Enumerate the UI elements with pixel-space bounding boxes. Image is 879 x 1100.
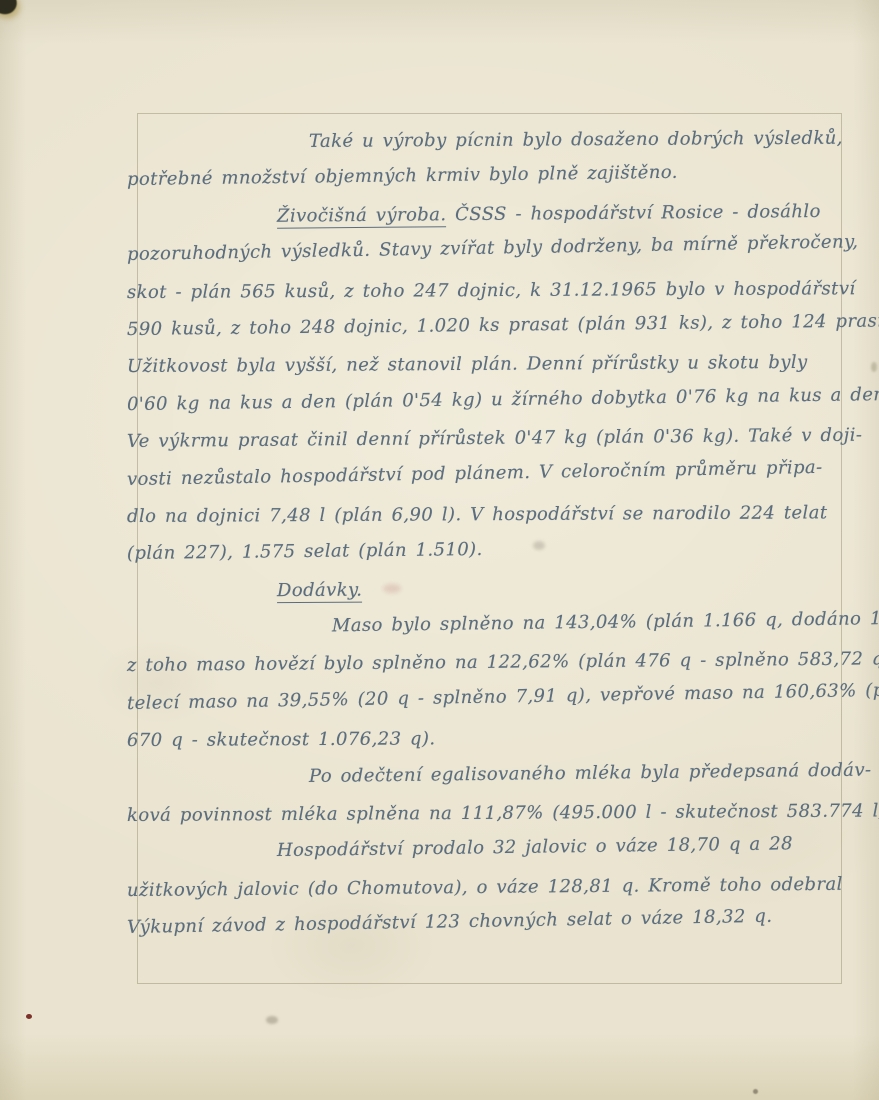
line-text: 670 q - skutečnost 1.076,23 q). [127,729,436,752]
red-ink-dot [26,1014,32,1019]
line-text: ČSSS - hospodářství Rosice - dosáhlo [446,201,821,225]
line-text: 0'60 kg na kus a den (plán 0'54 kg) u ží… [127,384,879,415]
line-text: Také u výroby pícnin bylo dosaženo dobrý… [309,128,843,152]
line-text: Po odečtení egalisovaného mléka byla pře… [309,759,872,786]
line-text: vosti nezůstalo hospodářství pod plánem.… [127,456,823,489]
line-text: skot - plán 565 kusů, z toho 247 dojnic,… [127,278,856,303]
line-text: ková povinnost mléka splněna na 111,87% … [127,800,879,826]
line-text: z toho maso hovězí bylo splněno na 122,6… [127,649,879,677]
handwritten-line: (plán 227), 1.575 selat (plán 1.510). [127,527,867,573]
line-text: užitkových jalovic (do Chomutova), o váz… [127,874,843,901]
underlined-heading: Dodávky. [277,579,362,603]
handwritten-line: Po odečtení egalisovaného mléka byla pře… [127,751,867,797]
line-text: telecí maso na 39,55% (20 q - splněno 7,… [127,679,879,714]
line-text: (plán 227), 1.575 selat (plán 1.510). [127,539,483,564]
scanned-page: Také u výroby pícnin bylo dosaženo dobrý… [0,0,879,1100]
line-text: Maso bylo splněno na 143,04% (plán 1.166… [332,607,879,637]
line-text: Výkupní závod z hospodářství 123 chovnýc… [127,906,773,938]
handwritten-line: potřebné množství objemných krmiv bylo p… [127,152,867,199]
handwritten-line: 590 kusů, z toho 248 dojnic, 1.020 ks pr… [127,303,867,349]
line-text: Užitkovost byla vyšší, než stanovil plán… [127,352,808,377]
line-text: potřebné množství objemných krmiv bylo p… [127,162,678,190]
ink-smudge [266,1016,278,1024]
handwritten-line: Hospodářství prodalo 32 jalovic o váze 1… [127,825,867,872]
line-text: pozoruhodných výsledků. Stavy zvířat byl… [127,231,859,265]
corner-stain [0,0,20,17]
paper-speck [753,1089,758,1094]
line-text: Ve výkrmu prasat činil denní přírůstek 0… [127,425,862,452]
paper-speck [871,362,877,372]
line-text: Hospodářství prodalo 32 jalovic o váze 1… [277,834,793,862]
underlined-heading: Živočišná výroba. [277,204,447,228]
line-text: dlo na dojnici 7,48 l (plán 6,90 l). V h… [127,502,828,527]
line-text: 590 kusů, z toho 248 dojnic, 1.020 ks pr… [127,310,879,340]
handwriting-block: Také u výroby pícnin bylo dosaženo dobrý… [127,124,867,947]
